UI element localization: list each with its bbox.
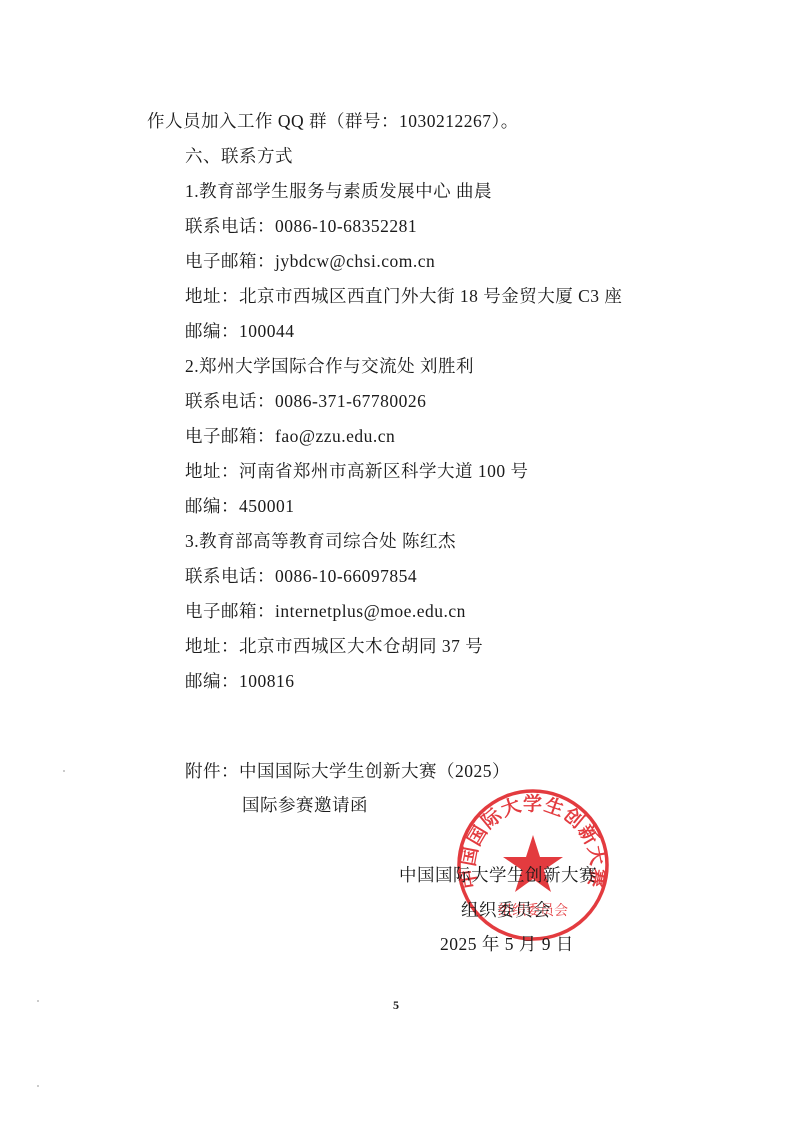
email-link[interactable]: fao@zzu.edu.cn bbox=[275, 426, 395, 446]
contact-address-row: 地址：北京市西城区大木仓胡同 37 号 bbox=[185, 633, 483, 658]
postcode-value: 100816 bbox=[239, 671, 295, 691]
postcode-label: 邮编： bbox=[185, 496, 239, 516]
contact-address-row: 地址：河南省郑州市高新区科学大道 100 号 bbox=[185, 458, 529, 483]
email-link[interactable]: internetplus@moe.edu.cn bbox=[275, 601, 466, 621]
page-number: 5 bbox=[393, 998, 399, 1013]
signature-date: 2025 年 5 月 9 日 bbox=[440, 931, 574, 956]
contact-postcode-row: 邮编：450001 bbox=[185, 493, 295, 518]
contact-phone-row: 联系电话：0086-10-66097854 bbox=[185, 563, 417, 588]
contact-title: 1.教育部学生服务与素质发展中心 曲晨 bbox=[185, 178, 492, 203]
scan-speck bbox=[37, 1000, 39, 1002]
contact-title: 2.郑州大学国际合作与交流处 刘胜利 bbox=[185, 353, 474, 378]
signature-org-line-2: 组织委员会 bbox=[461, 897, 551, 922]
phone-label: 联系电话： bbox=[185, 216, 275, 236]
email-label: 电子邮箱： bbox=[185, 251, 275, 271]
contact-title: 3.教育部高等教育司综合处 陈红杰 bbox=[185, 528, 456, 553]
address-value: 北京市西城区大木仓胡同 37 号 bbox=[239, 636, 483, 656]
address-label: 地址： bbox=[185, 286, 239, 306]
contact-address-row: 地址：北京市西城区西直门外大街 18 号金贸大厦 C3 座 bbox=[185, 283, 622, 308]
address-label: 地址： bbox=[185, 461, 239, 481]
email-label: 电子邮箱： bbox=[185, 426, 275, 446]
phone-value: 0086-10-68352281 bbox=[275, 216, 417, 236]
contact-email-row: 电子邮箱：jybdcw@chsi.com.cn bbox=[185, 248, 435, 273]
phone-label: 联系电话： bbox=[185, 391, 275, 411]
continuation-line: 作人员加入工作 QQ 群（群号：1030212267）。 bbox=[147, 108, 519, 133]
contact-phone-row: 联系电话：0086-371-67780026 bbox=[185, 388, 426, 413]
phone-label: 联系电话： bbox=[185, 566, 275, 586]
email-label: 电子邮箱： bbox=[185, 601, 275, 621]
phone-value: 0086-10-66097854 bbox=[275, 566, 417, 586]
signature-org-line-1: 中国国际大学生创新大赛 bbox=[399, 862, 597, 887]
address-value: 河南省郑州市高新区科学大道 100 号 bbox=[239, 461, 529, 481]
attachment-label: 附件： bbox=[185, 761, 239, 781]
email-link[interactable]: jybdcw@chsi.com.cn bbox=[275, 251, 435, 271]
contact-email-row: 电子邮箱：internetplus@moe.edu.cn bbox=[185, 598, 466, 623]
scan-speck bbox=[37, 1085, 39, 1087]
attachment-title: 中国国际大学生创新大赛（2025） bbox=[239, 761, 510, 781]
postcode-value: 100044 bbox=[239, 321, 295, 341]
attachment-line-1: 附件：中国国际大学生创新大赛（2025） bbox=[185, 758, 510, 783]
contact-email-row: 电子邮箱：fao@zzu.edu.cn bbox=[185, 423, 395, 448]
address-value: 北京市西城区西直门外大街 18 号金贸大厦 C3 座 bbox=[239, 286, 622, 306]
scan-speck bbox=[63, 770, 65, 772]
address-label: 地址： bbox=[185, 636, 239, 656]
contact-postcode-row: 邮编：100044 bbox=[185, 318, 295, 343]
postcode-label: 邮编： bbox=[185, 321, 239, 341]
phone-value: 0086-371-67780026 bbox=[275, 391, 426, 411]
postcode-label: 邮编： bbox=[185, 671, 239, 691]
contact-phone-row: 联系电话：0086-10-68352281 bbox=[185, 213, 417, 238]
postcode-value: 450001 bbox=[239, 496, 295, 516]
attachment-line-2: 国际参赛邀请函 bbox=[242, 792, 368, 817]
document-page: 作人员加入工作 QQ 群（群号：1030212267）。 六、联系方式 1.教育… bbox=[0, 0, 793, 1123]
contact-postcode-row: 邮编：100816 bbox=[185, 668, 295, 693]
section-heading: 六、联系方式 bbox=[185, 143, 293, 168]
